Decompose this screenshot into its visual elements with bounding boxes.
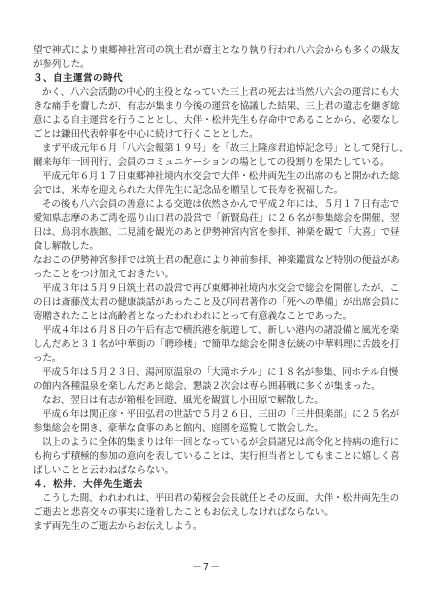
text-line: 会では、米寿を迎えられた大伴先生に記念品を贈呈して長寿を祝福した。 — [33, 184, 407, 198]
text-line: しんだあと３１名が中華街の「聘珍楼」で簡単な総会を開き伝統の中華料理に舌鼓を打 — [33, 338, 407, 352]
text-line: まず平成元年６月「八六会報第１９号」を「故三上隆彦君追悼記念号」として発行し、 — [33, 142, 407, 156]
text-line: きな痛手を齎したが、有志が集まり今後の運営を協議した結果、三上君の遺志を継ぎ総 — [33, 100, 407, 114]
text-line: 寄贈されたことは高齢者となったわれわれにとって有意義なことであった。 — [33, 310, 407, 324]
document-text: 望で神式により東郷神社宮司の筑土君が齋主となり執り行われ八六会からも多くの級友が… — [33, 44, 407, 534]
text-line: の館内各種温泉を楽しんだあと総会、懇談２次会は専ら囲碁戦に多くが集まった。 — [33, 380, 407, 394]
text-line: 爾来毎年一回刊行、会員のコミュニケーションの場としての役割りを果たしている。 — [33, 156, 407, 170]
text-line: 食し解散した。 — [33, 240, 407, 254]
text-line: なお、翌日は有志が箱根を回遊、風光を観賞し小田原で解散した。 — [33, 394, 407, 408]
text-line: 愛知県志摩のあご湾を巡り山口君の設営で「新賢島荘」に２６名が参集総会を開催、翌 — [33, 212, 407, 226]
text-line: その後も八六会員の善意による交遊は依然さかんで平成２年には、５月１７日有志で — [33, 198, 407, 212]
page-number: －7－ — [0, 558, 413, 573]
text-line: った。 — [33, 352, 407, 366]
text-line: かく、八六会活動の中心的主役となっていた三上君の死去は当然八六会の運営にも大 — [33, 86, 407, 100]
text-line: 日は、鳥羽水族館、二見浦を観光のあと伊勢神宮内宮を参拝、神楽を観て「大喜」で昼 — [33, 226, 407, 240]
scanned-page: 望で神式により東郷神社宮司の筑土君が齋主となり執り行われ八六会からも多くの級友が… — [0, 0, 427, 599]
text-line: ったことをつけ加えておきたい。 — [33, 268, 407, 282]
text-line: 参集総会を開き、豪華な食事のあと館内、庭園を巡覧して散会した。 — [33, 422, 407, 436]
text-line: 意による自主運営を行うこととし、大伴・松井先生も存命中であることから、必要なし — [33, 114, 407, 128]
text-line: 平成６年は関正彦・平田弘君の世話で５月２６日、三田の「三井倶楽部」に２５名が — [33, 408, 407, 422]
text-line: も拘らず積極的参加の意向を表していることは、実行担当者としてもまことに嬉しく喜 — [33, 450, 407, 464]
text-line: の日は斎藤茂太君の健康談話があったこと及び同君著作の「死への準備」が出席会員に — [33, 296, 407, 310]
text-line: こうした間、われわれは、平田君の菊桜会会長就任とその反面、大伴・松井両先生の — [33, 492, 407, 506]
text-line: 平成元年６月１７日東郷神社境内水交会で大伴・松井両先生の出席のもと開かれた総 — [33, 170, 407, 184]
text-line: ごとは鎌田代表幹事を中心に続けて行くこととした。 — [33, 128, 407, 142]
text-line: 平成５年は５月２３日、湯河原温泉の「大滝ホテル」に１８名が参集、同ホテル自慢 — [33, 366, 407, 380]
text-line: ばしいことと云わねばならない。 — [33, 464, 407, 478]
text-line: 望で神式により東郷神社宮司の筑土君が齋主となり執り行われ八六会からも多くの級友 — [33, 44, 407, 58]
text-line: 平成４年は６月８日の午后有志で横浜港を航遊して、新しい港内の諸設備と風光を楽 — [33, 324, 407, 338]
text-line: ご逝去と悲喜交々の事実に逢着したこともお伝えしなければならない。 — [33, 506, 407, 520]
text-line: なおこの伊勢神宮参拝では筑土君の配意により神前参拝、神楽鑑賞など特別の便益があ — [33, 254, 407, 268]
text-line: ４．松井．大伴先生逝去 — [33, 478, 407, 492]
text-line: 以上のように全体的集まりは年一回となっているが会員諸兄は高令化と持病の進行に — [33, 436, 407, 450]
text-line: ３、自主運営の時代 — [33, 72, 407, 86]
text-line: 平成３年は５月９日筑土君の設営で再び東郷神社境内水交会で総会を開催したが、こ — [33, 282, 407, 296]
text-line: が参列した。 — [33, 58, 407, 72]
text-line: まず両先生のご逝去からお伝えしよう。 — [33, 520, 407, 534]
